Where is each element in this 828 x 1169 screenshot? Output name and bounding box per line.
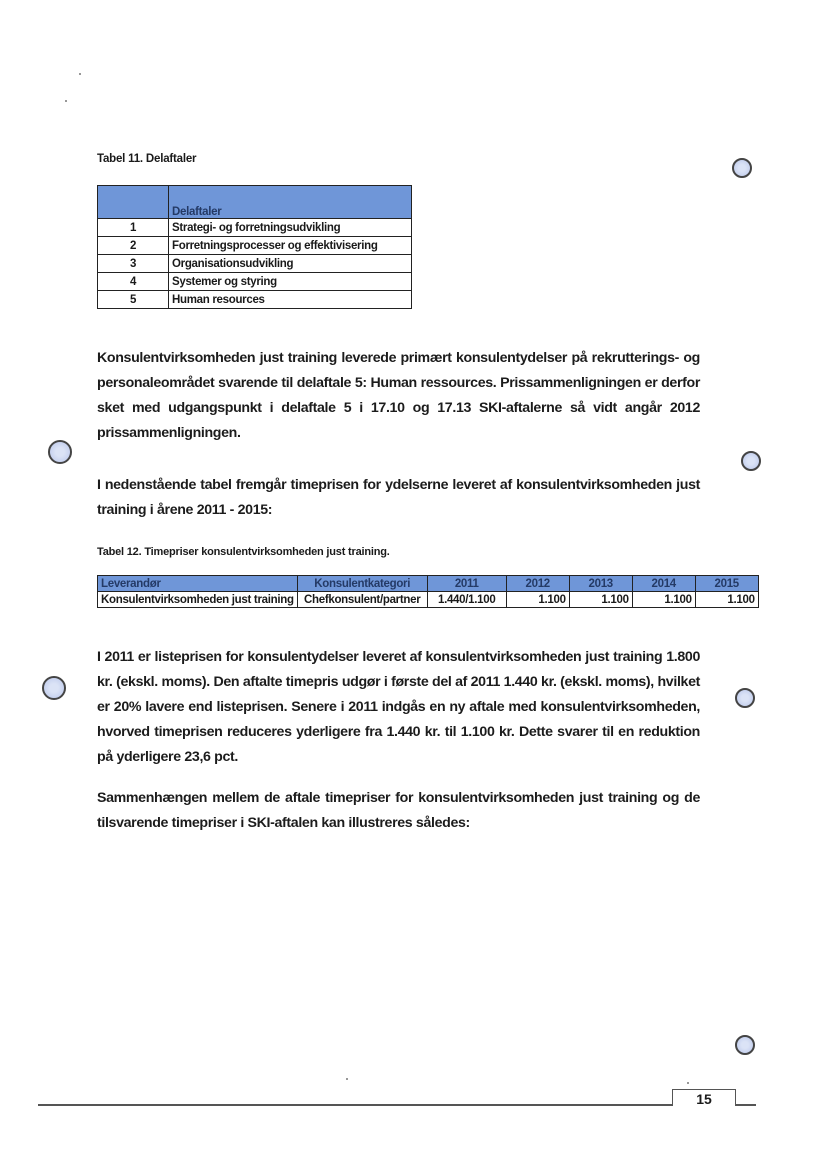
cell-konsulentkategori: Chefkonsulent/partner xyxy=(297,592,427,608)
table-row: 4 Systemer og styring xyxy=(98,273,412,291)
table-row: 3 Organisationsudvikling xyxy=(98,255,412,273)
paragraph-4: Sammenhængen mellem de aftale timepriser… xyxy=(97,786,700,836)
table12-caption: Tabel 12. Timepriser konsulentvirksomhed… xyxy=(97,546,390,558)
scan-speck xyxy=(687,1082,689,1084)
header-konsulentkategori: Konsulentkategori xyxy=(297,576,427,592)
scan-speck xyxy=(346,1078,348,1080)
row-number: 3 xyxy=(98,255,169,273)
row-label: Human resources xyxy=(169,291,412,309)
punch-hole-icon xyxy=(48,440,72,464)
table-row: 1 Strategi- og forretningsudvikling xyxy=(98,219,412,237)
punch-hole-icon xyxy=(735,688,755,708)
paragraph-1: Konsulentvirksomheden just training leve… xyxy=(97,346,700,446)
table-row: 5 Human resources xyxy=(98,291,412,309)
table-row: Konsulentvirksomheden just training Chef… xyxy=(98,592,759,608)
punch-hole-icon xyxy=(735,1035,755,1055)
row-label: Strategi- og forretningsudvikling xyxy=(169,219,412,237)
header-2015: 2015 xyxy=(695,576,758,592)
footer-rule xyxy=(38,1104,672,1106)
footer-rule xyxy=(736,1104,756,1106)
punch-hole-icon xyxy=(741,451,761,471)
cell-2011: 1.440/1.100 xyxy=(427,592,506,608)
table-header-row: Delaftaler xyxy=(98,186,412,219)
paragraph-3: I 2011 er listeprisen for konsulentydels… xyxy=(97,645,700,770)
header-2014: 2014 xyxy=(632,576,695,592)
header-2012: 2012 xyxy=(506,576,569,592)
table-header-row: Leverandør Konsulentkategori 2011 2012 2… xyxy=(98,576,759,592)
cell-2012: 1.100 xyxy=(506,592,569,608)
row-label: Organisationsudvikling xyxy=(169,255,412,273)
header-leverandor: Leverandør xyxy=(98,576,298,592)
table11-caption: Tabel 11. Delaftaler xyxy=(97,153,196,165)
header-number-cell xyxy=(98,186,169,219)
header-2013: 2013 xyxy=(569,576,632,592)
table-timepriser: Leverandør Konsulentkategori 2011 2012 2… xyxy=(97,575,759,608)
document-page: Tabel 11. Delaftaler Delaftaler 1 Strate… xyxy=(0,0,828,1169)
row-number: 4 xyxy=(98,273,169,291)
row-number: 2 xyxy=(98,237,169,255)
cell-2015: 1.100 xyxy=(695,592,758,608)
row-label: Forretningsprocesser og effektivisering xyxy=(169,237,412,255)
paragraph-2: I nedenstående tabel fremgår timeprisen … xyxy=(97,473,700,523)
cell-2013: 1.100 xyxy=(569,592,632,608)
page-number: 15 xyxy=(672,1089,736,1106)
punch-hole-icon xyxy=(732,158,752,178)
punch-hole-icon xyxy=(42,676,66,700)
row-number: 5 xyxy=(98,291,169,309)
row-label: Systemer og styring xyxy=(169,273,412,291)
header-title-cell: Delaftaler xyxy=(169,186,412,219)
table-delaftaler: Delaftaler 1 Strategi- og forretningsudv… xyxy=(97,185,412,309)
row-number: 1 xyxy=(98,219,169,237)
header-2011: 2011 xyxy=(427,576,506,592)
scan-speck xyxy=(65,100,67,102)
cell-2014: 1.100 xyxy=(632,592,695,608)
scan-speck xyxy=(79,73,81,75)
table-row: 2 Forretningsprocesser og effektiviserin… xyxy=(98,237,412,255)
cell-leverandor: Konsulentvirksomheden just training xyxy=(98,592,298,608)
